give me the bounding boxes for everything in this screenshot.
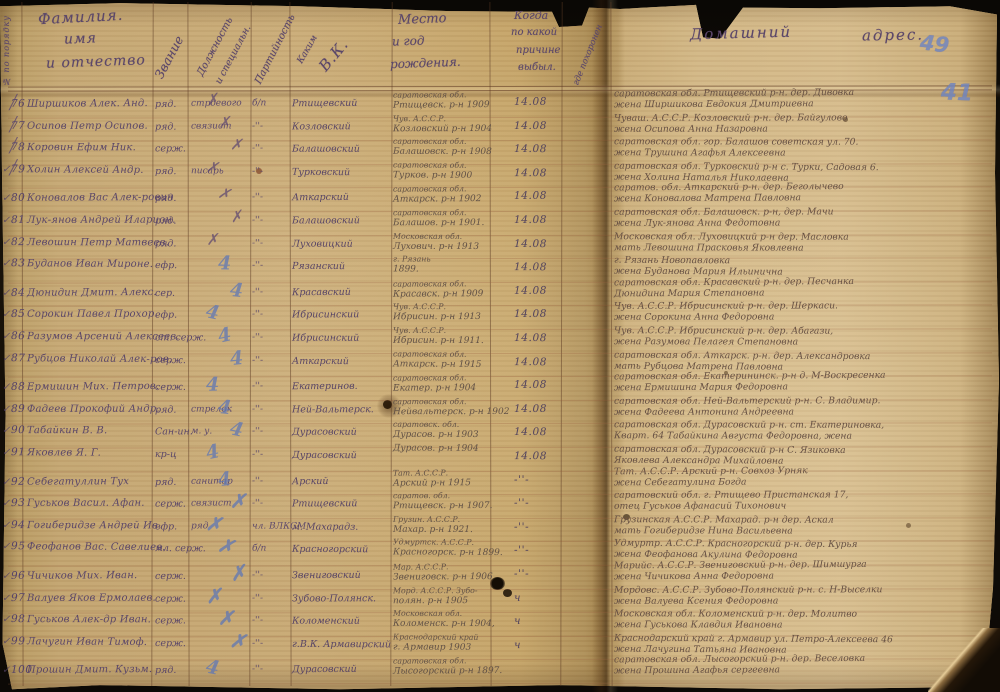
scanned-register-page: № по порядку Фамилия. имя и отчество Зва…	[0, 0, 1000, 692]
paper-hole	[503, 589, 512, 597]
speck	[724, 371, 728, 375]
speck	[256, 168, 262, 174]
speck	[843, 117, 848, 122]
page-corner-curl	[928, 628, 1000, 692]
speck	[906, 523, 911, 528]
